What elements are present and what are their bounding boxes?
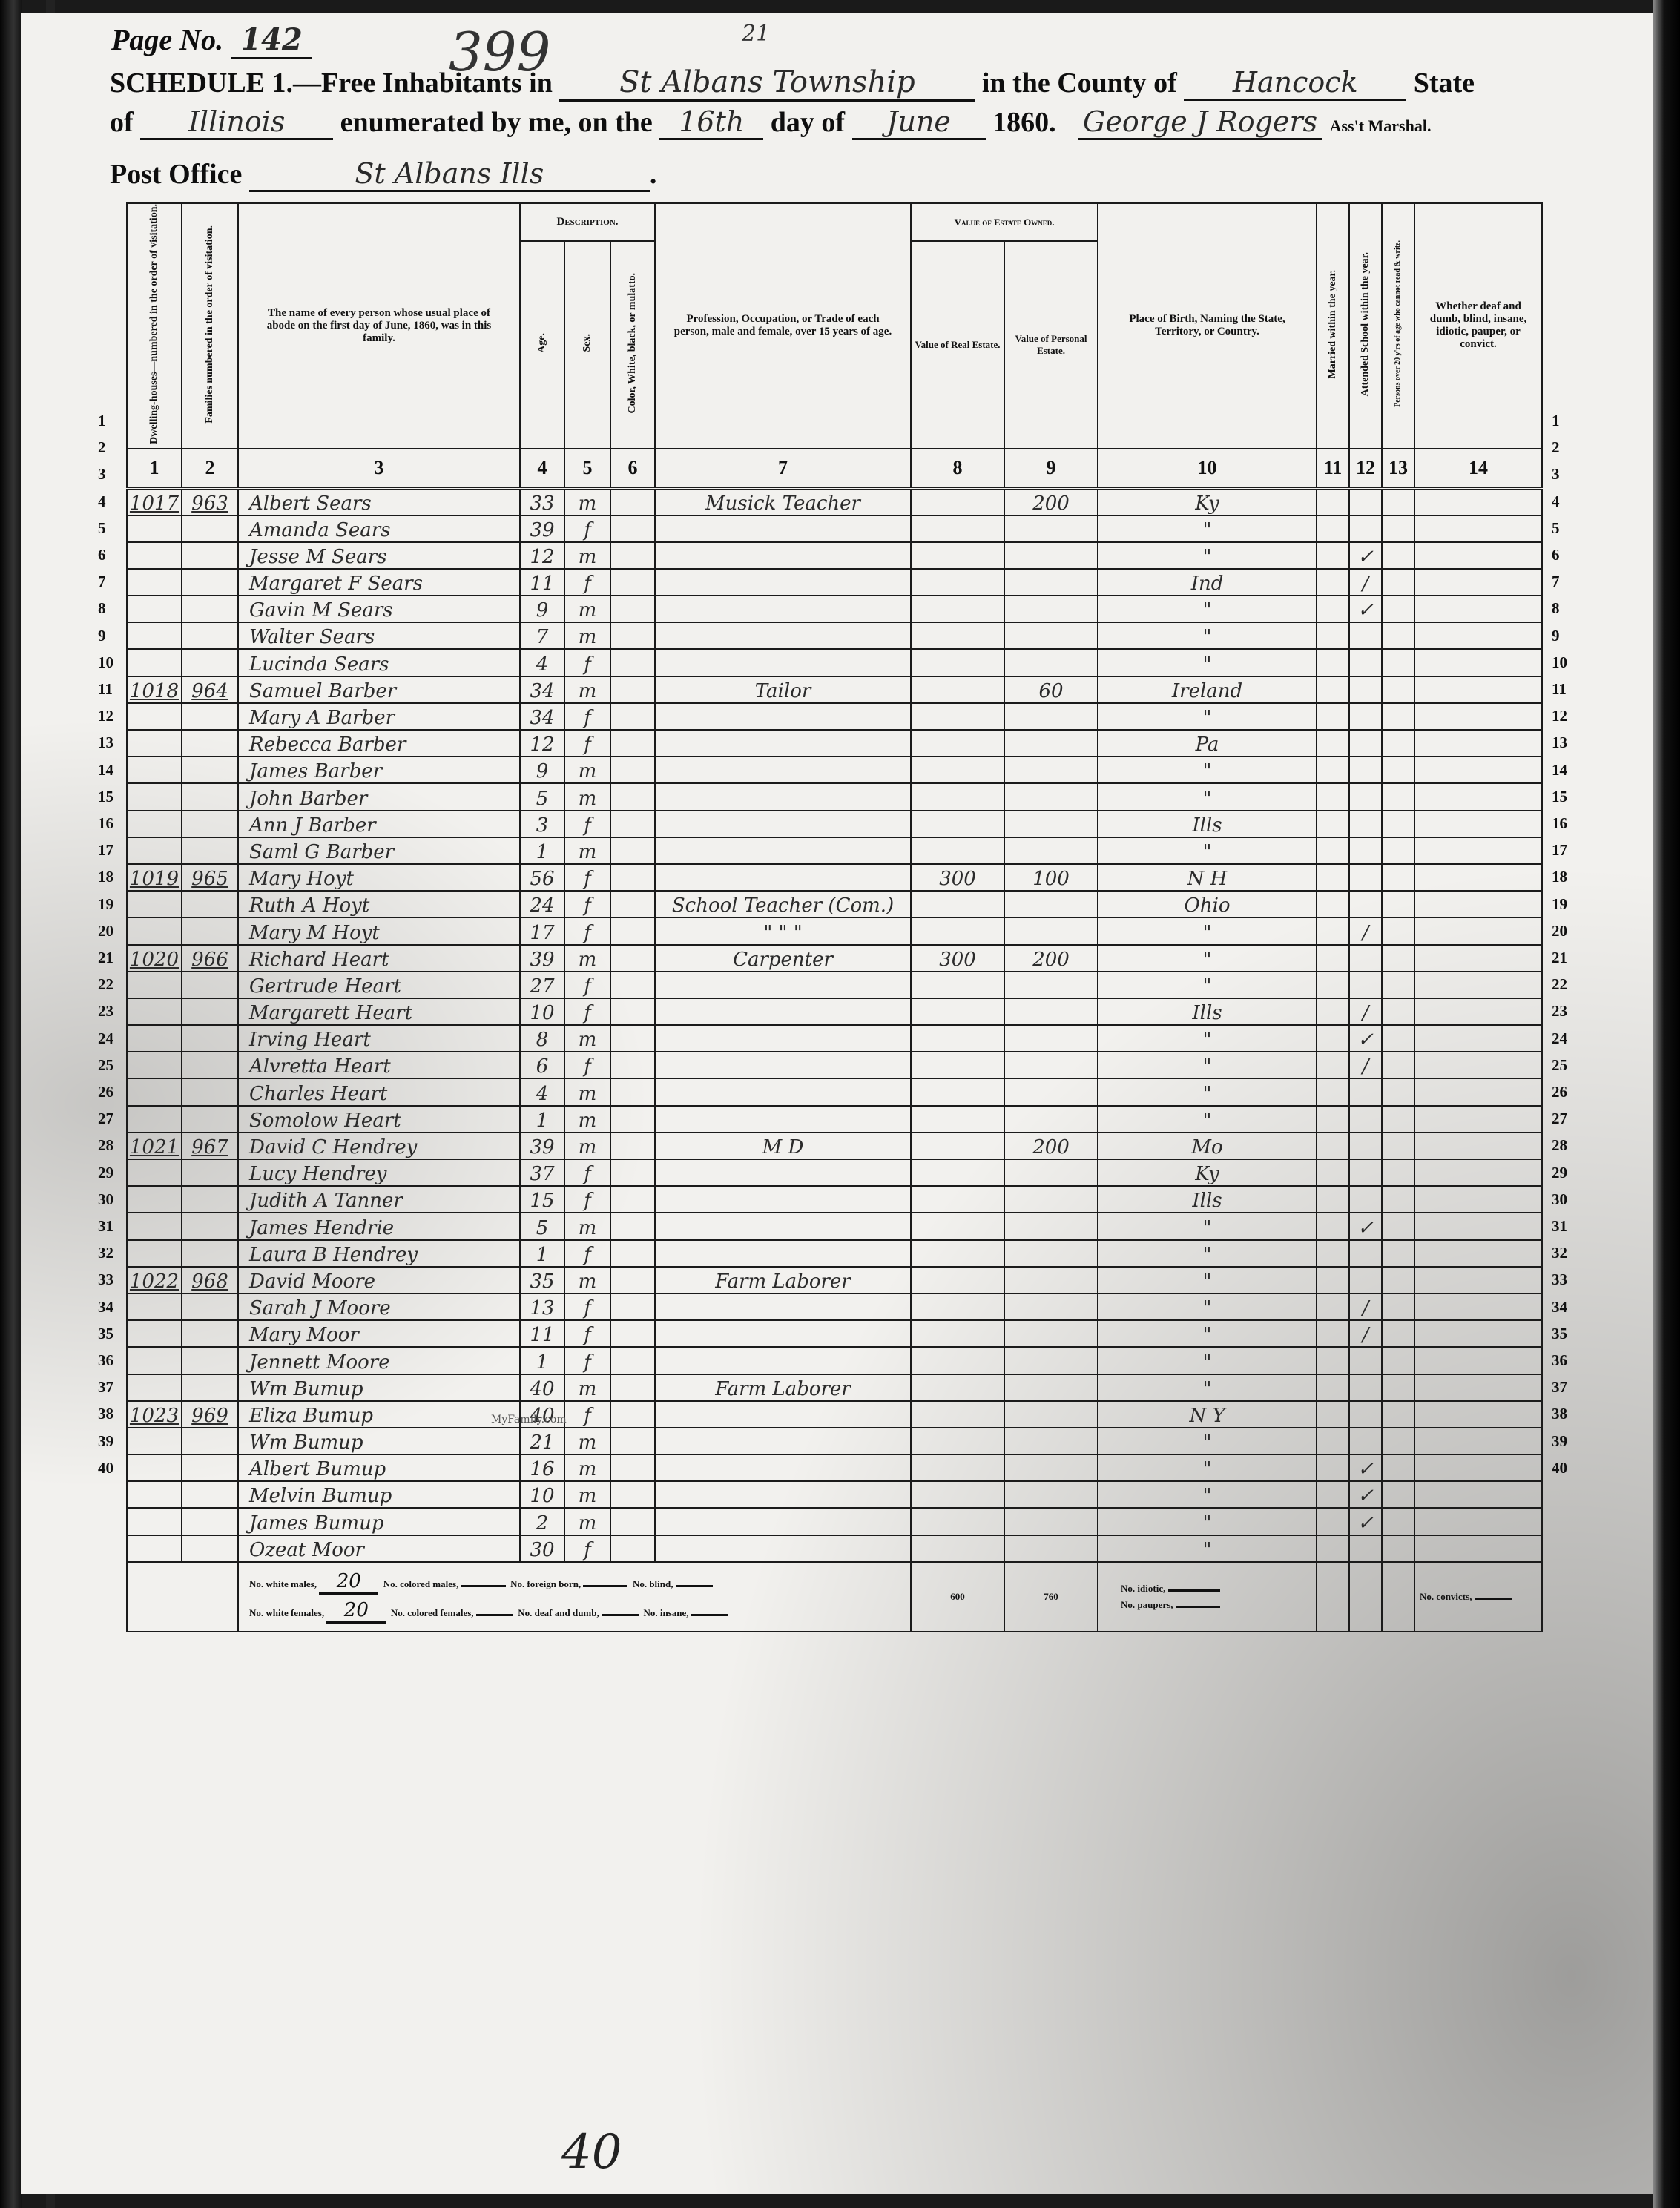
personal-estate-value: 200 (1004, 488, 1098, 515)
watermark: MyFamily.com (491, 1414, 567, 1426)
married-within-year (1317, 998, 1349, 1025)
real-estate-value (911, 596, 1004, 622)
age: 3 (520, 811, 564, 837)
dwelling-number (127, 811, 182, 837)
col-header-real-estate: Value of Real Estate. (911, 241, 1004, 449)
married-within-year (1317, 515, 1349, 542)
cannot-read-write (1382, 622, 1414, 649)
married-within-year (1317, 1401, 1349, 1428)
family-number: 968 (182, 1267, 238, 1294)
occupation: " " " (655, 917, 911, 944)
real-estate-value (911, 1159, 1004, 1186)
birthplace: " (1098, 1374, 1317, 1401)
birthplace: Mo (1098, 1133, 1317, 1159)
cannot-read-write (1382, 649, 1414, 676)
personal-estate-value (1004, 622, 1098, 649)
attended-school (1349, 622, 1382, 649)
blind-blank (676, 1585, 713, 1587)
age: 7 (520, 622, 564, 649)
real-estate-value (911, 837, 1004, 864)
person-name: Richard Heart (238, 945, 520, 972)
person-name: Wm Bumup (238, 1374, 520, 1401)
color (610, 1052, 655, 1078)
sex: f (564, 515, 610, 542)
occupation (655, 1025, 911, 1052)
color (610, 1078, 655, 1105)
book-binding (0, 0, 22, 2208)
dwelling-number (127, 649, 182, 676)
birthplace: " (1098, 1508, 1317, 1535)
age: 12 (520, 730, 564, 757)
age: 2 (520, 1508, 564, 1535)
married-within-year (1317, 1106, 1349, 1133)
married-within-year (1317, 703, 1349, 730)
age: 12 (520, 542, 564, 569)
attended-school: ✓ (1349, 1508, 1382, 1535)
real-estate-value (911, 998, 1004, 1025)
sex: f (564, 972, 610, 998)
person-name: Jennett Moore (238, 1347, 520, 1374)
occupation: Farm Laborer (655, 1267, 911, 1294)
cannot-read-write (1382, 1535, 1414, 1562)
attended-school (1349, 649, 1382, 676)
line-number-right: 36 (1552, 1351, 1567, 1370)
attended-school (1349, 676, 1382, 703)
person-name: Sarah J Moore (238, 1294, 520, 1320)
enumeration-line: of Illinois enumerated by me, on the 16t… (110, 105, 1431, 140)
married-within-year (1317, 1133, 1349, 1159)
personal-estate-value (1004, 1267, 1098, 1294)
month-value: June (852, 105, 986, 140)
dwelling-number (127, 998, 182, 1025)
color (610, 1294, 655, 1320)
line-number-left: 10 (98, 653, 113, 672)
family-number (182, 1320, 238, 1347)
birthplace: " (1098, 1213, 1317, 1239)
disability (1414, 1186, 1542, 1213)
census-rows: 1017963Albert Sears33mMusick Teacher200K… (127, 488, 1542, 1562)
white-females-value: 20 (326, 1599, 386, 1624)
sex: f (564, 1347, 610, 1374)
col-number: 8 (911, 449, 1004, 489)
colored-females-blank (476, 1614, 513, 1616)
age: 1 (520, 1106, 564, 1133)
disability (1414, 1025, 1542, 1052)
married-within-year (1317, 676, 1349, 703)
sex: f (564, 649, 610, 676)
person-name: Margarett Heart (238, 998, 520, 1025)
attended-school (1349, 1106, 1382, 1133)
line-number-left: 23 (98, 1002, 113, 1021)
cannot-read-write (1382, 1052, 1414, 1078)
age: 4 (520, 649, 564, 676)
birthplace: " (1098, 1428, 1317, 1454)
line-number-right: 10 (1552, 653, 1567, 672)
real-estate-value (911, 783, 1004, 810)
age: 39 (520, 1133, 564, 1159)
cannot-read-write (1382, 837, 1414, 864)
married-within-year (1317, 1267, 1349, 1294)
personal-estate-value (1004, 1347, 1098, 1374)
birthplace: " (1098, 1535, 1317, 1562)
person-name: Somolow Heart (238, 1106, 520, 1133)
occupation (655, 783, 911, 810)
occupation: M D (655, 1133, 911, 1159)
disability (1414, 945, 1542, 972)
sex: f (564, 569, 610, 596)
family-number (182, 649, 238, 676)
table-row: Laura B Hendrey1f" (127, 1240, 1542, 1267)
disability (1414, 703, 1542, 730)
occupation (655, 998, 911, 1025)
col-header-age: Age. (520, 241, 564, 449)
family-number (182, 1052, 238, 1078)
birthplace: " (1098, 1294, 1317, 1320)
birthplace: " (1098, 622, 1317, 649)
cannot-read-write (1382, 596, 1414, 622)
totals-population: No. white males, 20 No. colored males, N… (238, 1562, 911, 1632)
sex: f (564, 1052, 610, 1078)
line-number-right: 7 (1552, 573, 1560, 591)
line-number-right: 15 (1552, 788, 1567, 806)
person-name: Lucinda Sears (238, 649, 520, 676)
disability (1414, 1428, 1542, 1454)
cannot-read-write (1382, 1159, 1414, 1186)
married-within-year (1317, 622, 1349, 649)
occupation (655, 542, 911, 569)
age: 33 (520, 488, 564, 515)
table-row: Ann J Barber3fIlls (127, 811, 1542, 837)
line-number-left: 2 (98, 438, 106, 457)
line-number-right: 32 (1552, 1244, 1567, 1262)
sex: f (564, 998, 610, 1025)
occupation (655, 1106, 911, 1133)
real-estate-value (911, 1428, 1004, 1454)
real-estate-value (911, 1454, 1004, 1481)
table-row: 1020966Richard Heart39mCarpenter300200" (127, 945, 1542, 972)
line-number-left: 22 (98, 975, 113, 994)
person-name: Saml G Barber (238, 837, 520, 864)
attended-school: / (1349, 1320, 1382, 1347)
table-row: Ruth A Hoyt24fSchool Teacher (Com.)Ohio (127, 891, 1542, 917)
color (610, 1535, 655, 1562)
table-row: 1019965Mary Hoyt56f300100N H (127, 864, 1542, 891)
personal-estate-value (1004, 837, 1098, 864)
dwelling-number (127, 1347, 182, 1374)
married-within-year (1317, 1535, 1349, 1562)
person-name: Mary Moor (238, 1320, 520, 1347)
real-estate-value (911, 1508, 1004, 1535)
family-number (182, 569, 238, 596)
married-within-year (1317, 945, 1349, 972)
col-number: 1 (127, 449, 182, 489)
colored-males-label: No. colored males, (383, 1578, 459, 1589)
disability (1414, 596, 1542, 622)
disability (1414, 917, 1542, 944)
dwelling-number: 1022 (127, 1267, 182, 1294)
table-row: Wm Bumup40mFarm Laborer" (127, 1374, 1542, 1401)
line-number-left: 20 (98, 922, 113, 940)
col-number: 10 (1098, 449, 1317, 489)
table-row: Lucinda Sears4f" (127, 649, 1542, 676)
attended-school (1349, 1133, 1382, 1159)
cannot-read-write (1382, 1374, 1414, 1401)
sex: m (564, 837, 610, 864)
person-name: Ann J Barber (238, 811, 520, 837)
dwelling-number (127, 1078, 182, 1105)
age: 16 (520, 1454, 564, 1481)
birthplace: Ky (1098, 1159, 1317, 1186)
disability (1414, 972, 1542, 998)
age: 11 (520, 1320, 564, 1347)
personal-estate-value (1004, 1159, 1098, 1186)
post-office-label: Post Office (110, 159, 242, 190)
foreign-born-blank (583, 1585, 627, 1587)
real-estate-value (911, 676, 1004, 703)
age: 10 (520, 998, 564, 1025)
sex: f (564, 1535, 610, 1562)
age: 15 (520, 1186, 564, 1213)
insane-label: No. insane, (643, 1607, 688, 1618)
age: 11 (520, 569, 564, 596)
table-row: Margaret F Sears11fInd/ (127, 569, 1542, 596)
family-number (182, 998, 238, 1025)
sex: m (564, 596, 610, 622)
person-name: Alvretta Heart (238, 1052, 520, 1078)
line-number-left: 1 (98, 412, 106, 430)
line-number-left: 4 (98, 492, 106, 511)
personal-estate-value (1004, 596, 1098, 622)
disability (1414, 1294, 1542, 1320)
person-name: Margaret F Sears (238, 569, 520, 596)
birthplace: " (1098, 972, 1317, 998)
occupation (655, 730, 911, 757)
married-within-year (1317, 730, 1349, 757)
disability (1414, 1401, 1542, 1428)
age: 10 (520, 1481, 564, 1508)
married-within-year (1317, 837, 1349, 864)
paupers-label: No. paupers, (1121, 1599, 1173, 1610)
line-number-right: 16 (1552, 814, 1567, 833)
birthplace: Ohio (1098, 891, 1317, 917)
personal-estate-value: 200 (1004, 945, 1098, 972)
sex: m (564, 488, 610, 515)
married-within-year (1317, 1454, 1349, 1481)
personal-estate-value (1004, 703, 1098, 730)
real-estate-value (911, 542, 1004, 569)
state-value: Illinois (140, 105, 333, 140)
col-header-family: Families numbered in the order of visita… (182, 203, 238, 449)
color (610, 1267, 655, 1294)
real-estate-value (911, 1186, 1004, 1213)
color (610, 1508, 655, 1535)
age: 39 (520, 945, 564, 972)
color (610, 649, 655, 676)
sex: m (564, 1133, 610, 1159)
cannot-read-write (1382, 1213, 1414, 1239)
birthplace: " (1098, 1106, 1317, 1133)
line-number-right: 13 (1552, 734, 1567, 752)
family-number (182, 730, 238, 757)
county-value: Hancock (1184, 66, 1406, 101)
person-name: Wm Bumup (238, 1428, 520, 1454)
table-row: Rebecca Barber12fPa (127, 730, 1542, 757)
line-number-left: 18 (98, 868, 113, 886)
birthplace: " (1098, 1481, 1317, 1508)
sex: m (564, 783, 610, 810)
person-name: Ruth A Hoyt (238, 891, 520, 917)
sex: f (564, 811, 610, 837)
occupation (655, 569, 911, 596)
disability (1414, 891, 1542, 917)
attended-school: / (1349, 569, 1382, 596)
married-within-year (1317, 1294, 1349, 1320)
cannot-read-write (1382, 1240, 1414, 1267)
real-estate-value (911, 515, 1004, 542)
attended-school: / (1349, 1294, 1382, 1320)
family-number: 966 (182, 945, 238, 972)
sex: m (564, 1025, 610, 1052)
attended-school: ✓ (1349, 1454, 1382, 1481)
family-number (182, 1535, 238, 1562)
age: 1 (520, 1347, 564, 1374)
cannot-read-write (1382, 1025, 1414, 1052)
sex: f (564, 1159, 610, 1186)
person-name: Amanda Sears (238, 515, 520, 542)
line-number-right: 6 (1552, 546, 1560, 564)
table-row: Sarah J Moore13f"/ (127, 1294, 1542, 1320)
occupation (655, 1454, 911, 1481)
color (610, 783, 655, 810)
married-within-year (1317, 1186, 1349, 1213)
insane-blank (691, 1614, 728, 1616)
person-name: Mary M Hoyt (238, 917, 520, 944)
real-estate-value (911, 1374, 1004, 1401)
table-row: 1021967David C Hendrey39mM D200Mo (127, 1133, 1542, 1159)
occupation: Tailor (655, 676, 911, 703)
line-number-left: 38 (98, 1405, 113, 1423)
disability (1414, 515, 1542, 542)
dwelling-number (127, 569, 182, 596)
age: 39 (520, 515, 564, 542)
occupation (655, 622, 911, 649)
line-number-right: 24 (1552, 1029, 1567, 1048)
married-within-year (1317, 649, 1349, 676)
married-within-year (1317, 783, 1349, 810)
age: 5 (520, 1213, 564, 1239)
line-number-right: 2 (1552, 438, 1560, 457)
personal-estate-value (1004, 1240, 1098, 1267)
real-estate-value (911, 1535, 1004, 1562)
line-number-left: 27 (98, 1110, 113, 1128)
personal-estate-value (1004, 811, 1098, 837)
occupation (655, 1240, 911, 1267)
age: 35 (520, 1267, 564, 1294)
disability (1414, 622, 1542, 649)
census-table-container: Dwelling-houses—numbered in the order of… (126, 202, 1541, 2116)
attended-school (1349, 1240, 1382, 1267)
col-header-color: Color, White, black, or mulatto. (610, 241, 655, 449)
census-table: Dwelling-houses—numbered in the order of… (126, 202, 1543, 1632)
married-within-year (1317, 1240, 1349, 1267)
colored-females-label: No. colored females, (391, 1607, 474, 1618)
attended-school (1349, 811, 1382, 837)
sex: m (564, 1454, 610, 1481)
sex: m (564, 1267, 610, 1294)
family-number (182, 917, 238, 944)
sex: f (564, 917, 610, 944)
real-estate-value (911, 757, 1004, 783)
line-number-left: 8 (98, 599, 106, 618)
family-number (182, 811, 238, 837)
age: 56 (520, 864, 564, 891)
line-number-left: 3 (98, 465, 106, 484)
schedule-title: SCHEDULE 1.—Free Inhabitants in (110, 67, 553, 99)
color (610, 676, 655, 703)
married-within-year (1317, 1213, 1349, 1239)
family-number (182, 783, 238, 810)
dwelling-number (127, 783, 182, 810)
age: 6 (520, 1052, 564, 1078)
col-number: 14 (1414, 449, 1542, 489)
occupation (655, 1481, 911, 1508)
line-number-right: 27 (1552, 1110, 1567, 1128)
totals-empty (1382, 1562, 1414, 1632)
sex: m (564, 945, 610, 972)
of-label: of (110, 107, 134, 138)
attended-school (1349, 757, 1382, 783)
page-edge (1653, 0, 1680, 2208)
age: 4 (520, 1078, 564, 1105)
cannot-read-write (1382, 676, 1414, 703)
family-number: 969 (182, 1401, 238, 1428)
personal-estate-value: 200 (1004, 1133, 1098, 1159)
family-number (182, 1508, 238, 1535)
occupation (655, 1535, 911, 1562)
married-within-year (1317, 891, 1349, 917)
person-name: Rebecca Barber (238, 730, 520, 757)
birthplace: Ills (1098, 1186, 1317, 1213)
line-number-left: 6 (98, 546, 106, 564)
dwelling-number (127, 1508, 182, 1535)
age: 37 (520, 1159, 564, 1186)
attended-school (1349, 1428, 1382, 1454)
family-number (182, 1159, 238, 1186)
line-number-right: 8 (1552, 599, 1560, 618)
disability (1414, 730, 1542, 757)
col-number: 11 (1317, 449, 1349, 489)
table-row: 1023969Eliza Bumup40fN Y (127, 1401, 1542, 1428)
sex: f (564, 864, 610, 891)
color (610, 945, 655, 972)
cannot-read-write (1382, 1508, 1414, 1535)
person-name: Albert Sears (238, 488, 520, 515)
married-within-year (1317, 1320, 1349, 1347)
color (610, 1320, 655, 1347)
line-number-right: 39 (1552, 1432, 1567, 1451)
married-within-year (1317, 1481, 1349, 1508)
year: 1860. (992, 107, 1056, 138)
person-name: Melvin Bumup (238, 1481, 520, 1508)
occupation (655, 596, 911, 622)
occupation (655, 811, 911, 837)
disability (1414, 569, 1542, 596)
color (610, 891, 655, 917)
sex: f (564, 1294, 610, 1320)
marshal-label: Ass't Marshal. (1330, 116, 1432, 135)
birthplace: N H (1098, 864, 1317, 891)
color (610, 1347, 655, 1374)
